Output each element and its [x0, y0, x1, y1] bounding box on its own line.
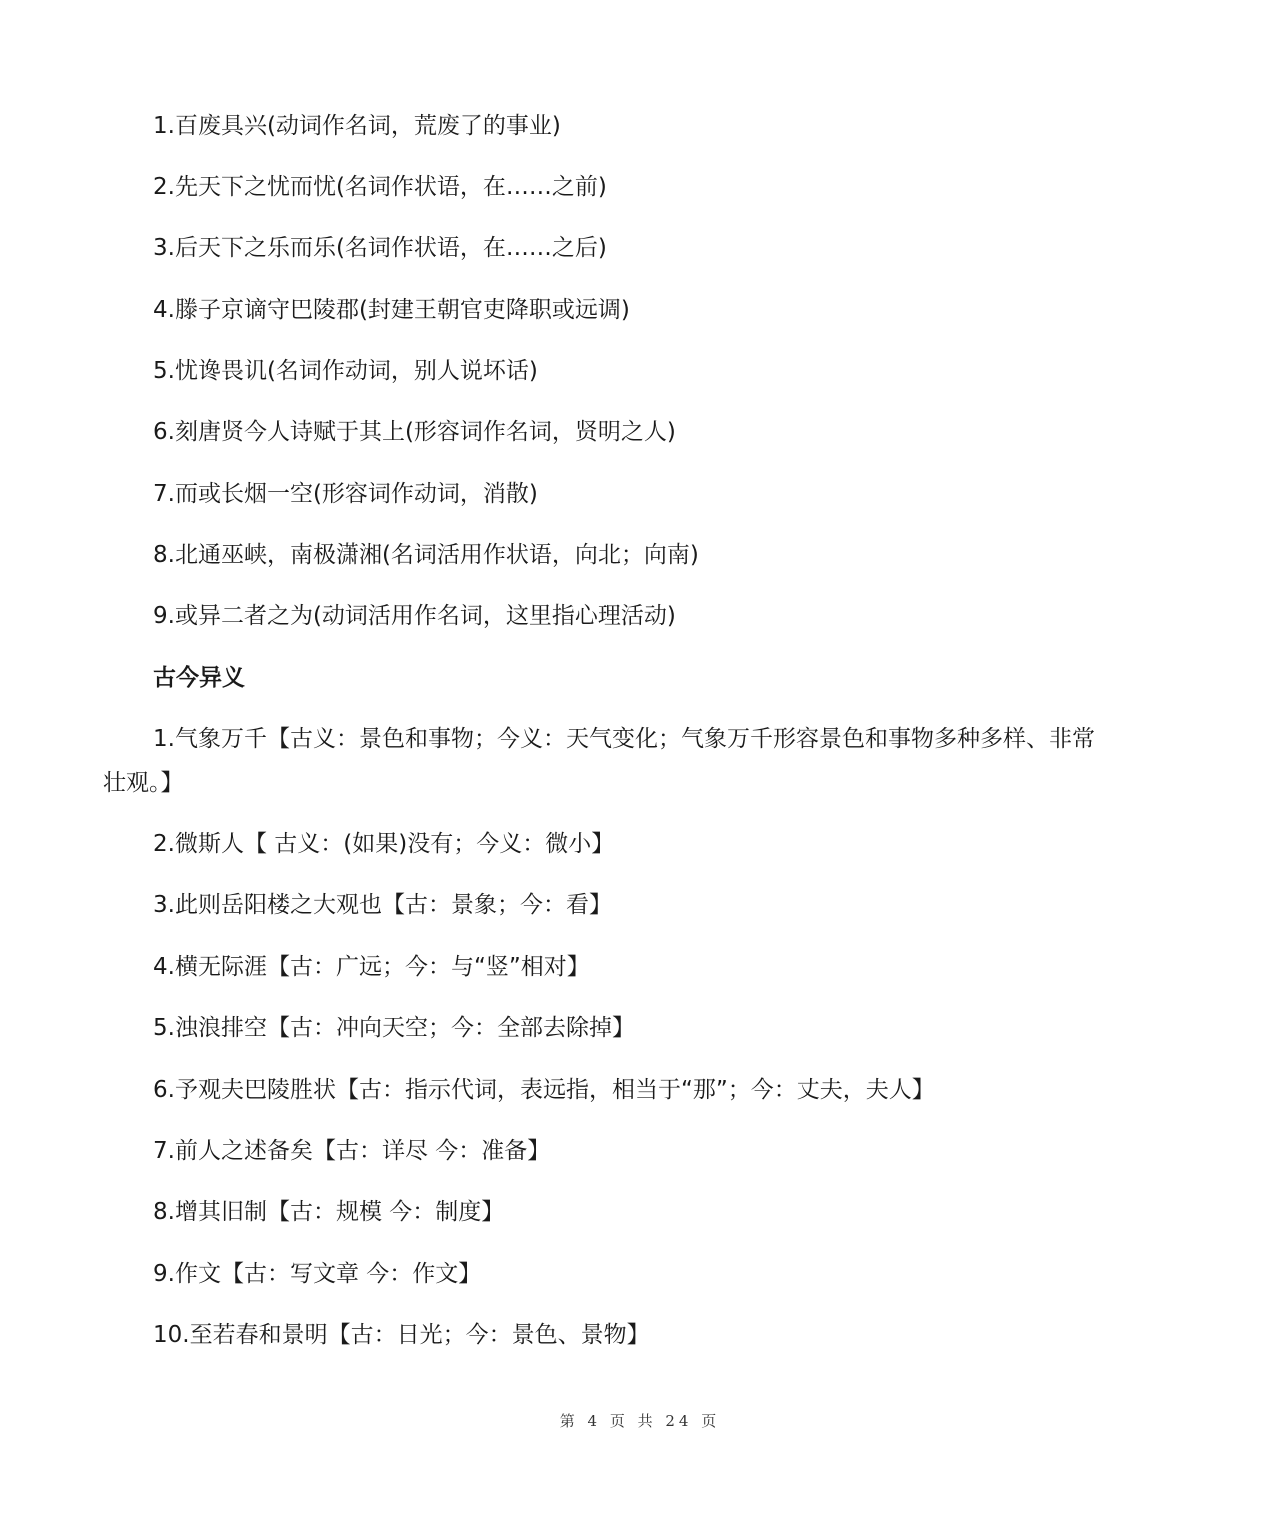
ancient-modern-item-9: 9.作文【古：写文章 今：作文】	[153, 1259, 481, 1289]
ancient-modern-item-4: 4.横无际涯【古：广远；今：与“竖”相对】	[153, 952, 590, 982]
usage-item-2: 2.先天下之忧而忧(名词作状语，在……之前)	[153, 172, 607, 202]
usage-item-9: 9.或异二者之为(动词活用作名词，这里指心理活动)	[153, 601, 676, 631]
usage-item-7: 7.而或长烟一空(形容词作动词，消散)	[153, 479, 538, 509]
ancient-modern-item-1: 1.气象万千【古义：景色和事物；今义：天气变化；气象万千形容景色和事物多种多样、…	[153, 724, 1095, 754]
ancient-modern-item-3: 3.此则岳阳楼之大观也【古：景象；今：看】	[153, 890, 612, 920]
document-page: 1.百废具兴(动词作名词，荒废了的事业) 2.先天下之忧而忧(名词作状语，在………	[0, 0, 1280, 1520]
page-footer: 第 4 页 共 24 页	[0, 1410, 1280, 1431]
ancient-modern-item-2: 2.微斯人【 古义：(如果)没有；今义：微小】	[153, 829, 614, 859]
ancient-modern-item-8: 8.增其旧制【古：规模 今：制度】	[153, 1197, 504, 1227]
ancient-modern-item-7: 7.前人之述备矣【古：详尽 今：准备】	[153, 1136, 550, 1166]
ancient-modern-item-5: 5.浊浪排空【古：冲向天空；今：全部去除掉】	[153, 1013, 635, 1043]
usage-item-1: 1.百废具兴(动词作名词，荒废了的事业)	[153, 111, 561, 141]
ancient-modern-item-1-continued: 壮观。】	[103, 768, 184, 798]
ancient-modern-item-6: 6.予观夫巴陵胜状【古：指示代词，表远指，相当于“那”；今：丈夫，夫人】	[153, 1075, 935, 1105]
ancient-modern-item-10: 10.至若春和景明【古：日光；今：景色、景物】	[153, 1320, 650, 1350]
usage-item-3: 3.后天下之乐而乐(名词作状语，在……之后)	[153, 233, 607, 263]
usage-item-6: 6.刻唐贤今人诗赋于其上(形容词作名词，贤明之人)	[153, 417, 676, 447]
usage-item-5: 5.忧谗畏讥(名词作动词，别人说坏话)	[153, 356, 538, 386]
usage-item-4: 4.滕子京谪守巴陵郡(封建王朝官吏降职或远调)	[153, 295, 630, 325]
usage-item-8: 8.北通巫峡，南极潇湘(名词活用作状语，向北；向南)	[153, 540, 699, 570]
section-heading: 古今异义	[153, 663, 245, 693]
